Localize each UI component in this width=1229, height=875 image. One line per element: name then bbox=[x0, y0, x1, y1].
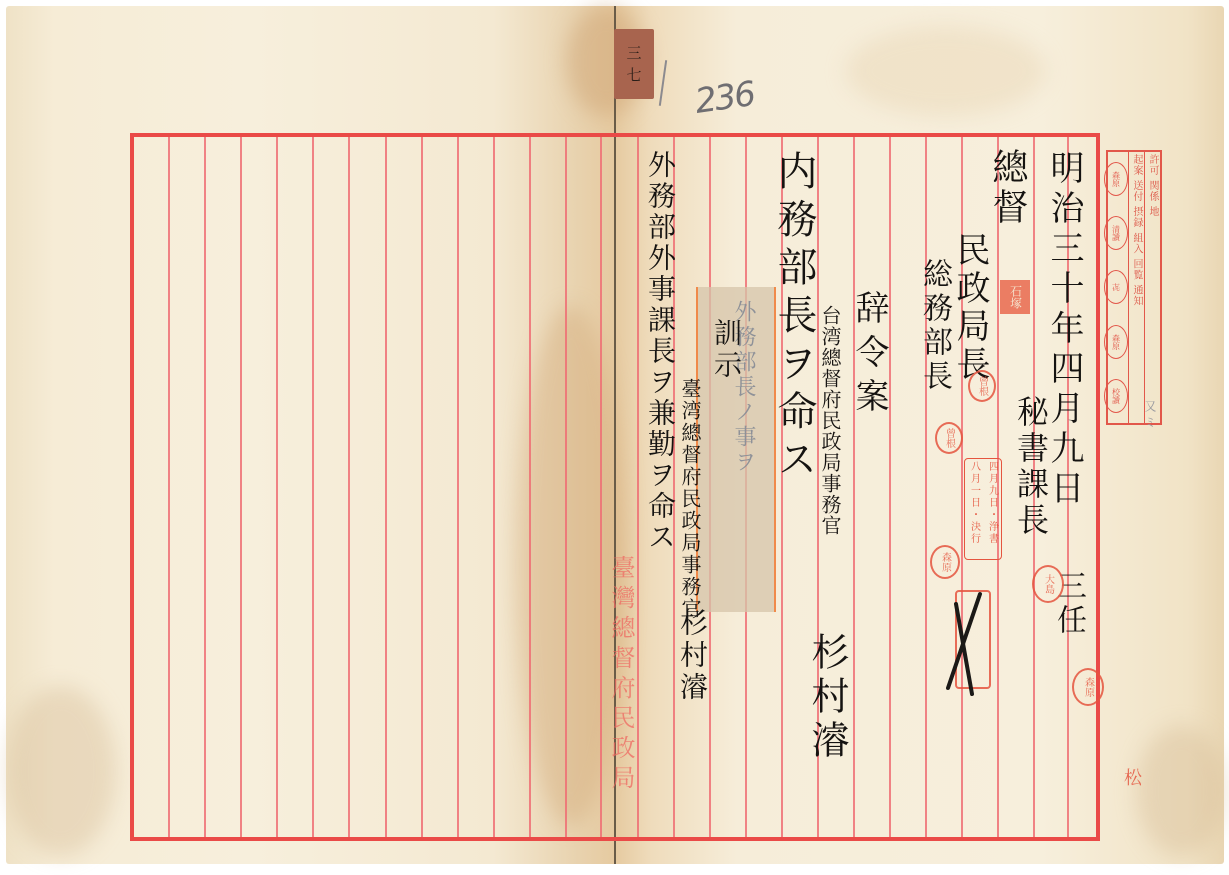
approval-stamp-col-1: 四月九日・浄書 bbox=[983, 459, 1001, 559]
seal-sone-1: 曾根 bbox=[968, 370, 996, 402]
water-stain bbox=[846, 26, 1046, 116]
pencil-page-number: 236 bbox=[693, 74, 757, 122]
seal-ishizuka: 石塚 bbox=[1000, 280, 1030, 314]
column-rule bbox=[276, 137, 278, 837]
column-rule bbox=[529, 137, 531, 837]
register-pencil-note: 又ミ bbox=[1142, 400, 1159, 432]
register-seal-1: 森原 bbox=[1104, 162, 1128, 196]
label-tag-char-2: 七 bbox=[626, 64, 641, 86]
column-rule bbox=[204, 137, 206, 837]
concurrent-post-line: 外務部外事課長ヲ兼勤ヲ命ス bbox=[640, 150, 680, 553]
column-rule bbox=[168, 137, 170, 837]
addressee-governor: 總督 bbox=[982, 148, 1033, 228]
column-rule bbox=[421, 137, 423, 837]
column-rule bbox=[889, 137, 891, 837]
seal-morihara-2: 森原 bbox=[1072, 668, 1104, 706]
subject-official-name: 杉村濬 bbox=[800, 632, 855, 764]
seal-oshima: 大島 bbox=[1032, 565, 1064, 603]
index-label-tag: 三 七 bbox=[614, 29, 654, 99]
addressee-general-affairs: 総務部長 bbox=[912, 258, 956, 394]
register-seal-column: 森原 清讀 㐂 森原 校讀 bbox=[1104, 152, 1128, 423]
column-rule bbox=[385, 137, 387, 837]
notice-office: 臺湾總督府民政局事務官 bbox=[676, 378, 705, 620]
column-rule bbox=[565, 137, 567, 837]
approval-date-stamp: 四月九日・浄書 八月一日・決行 bbox=[964, 458, 1002, 560]
seal-morihara-1: 森原 bbox=[930, 545, 960, 579]
notice-official-name: 杉村濬 bbox=[672, 608, 712, 704]
label-tag-char-1: 三 bbox=[626, 42, 641, 64]
approval-stamp-col-2: 八月一日・決行 bbox=[965, 459, 983, 559]
register-seal-2: 清讀 bbox=[1104, 216, 1128, 250]
cross-out-mark bbox=[942, 588, 988, 698]
column-rule bbox=[493, 137, 495, 837]
column-rule bbox=[600, 137, 602, 837]
printed-form-imprint: 臺灣總督府民政局 bbox=[604, 555, 639, 795]
column-rule bbox=[925, 137, 927, 837]
seal-matsu: 松 bbox=[1118, 763, 1148, 793]
notice-label: 訓示 bbox=[706, 318, 746, 382]
column-rule bbox=[312, 137, 314, 837]
seal-sone-2: 曾根 bbox=[935, 422, 963, 454]
column-rule bbox=[240, 137, 242, 837]
water-stain bbox=[1136, 726, 1226, 856]
register-seal-3: 㐂 bbox=[1104, 270, 1128, 304]
register-col-2: 起案 送付 摂録 組入 回覧 通知 bbox=[1128, 152, 1144, 423]
processing-register-box: 許可 関係 地 起案 送付 摂録 組入 回覧 通知 森原 清讀 㐂 森原 校讀 bbox=[1106, 150, 1162, 425]
register-seal-4: 森原 bbox=[1104, 325, 1128, 359]
subject-title: 辞令案 bbox=[845, 290, 894, 422]
register-col-1: 許可 関係 地 bbox=[1144, 152, 1160, 423]
column-rule bbox=[348, 137, 350, 837]
secretary-line: 秘書課長 bbox=[1008, 395, 1054, 539]
column-rule bbox=[457, 137, 459, 837]
register-seal-5: 校讀 bbox=[1104, 379, 1128, 413]
water-stain bbox=[6, 686, 116, 856]
